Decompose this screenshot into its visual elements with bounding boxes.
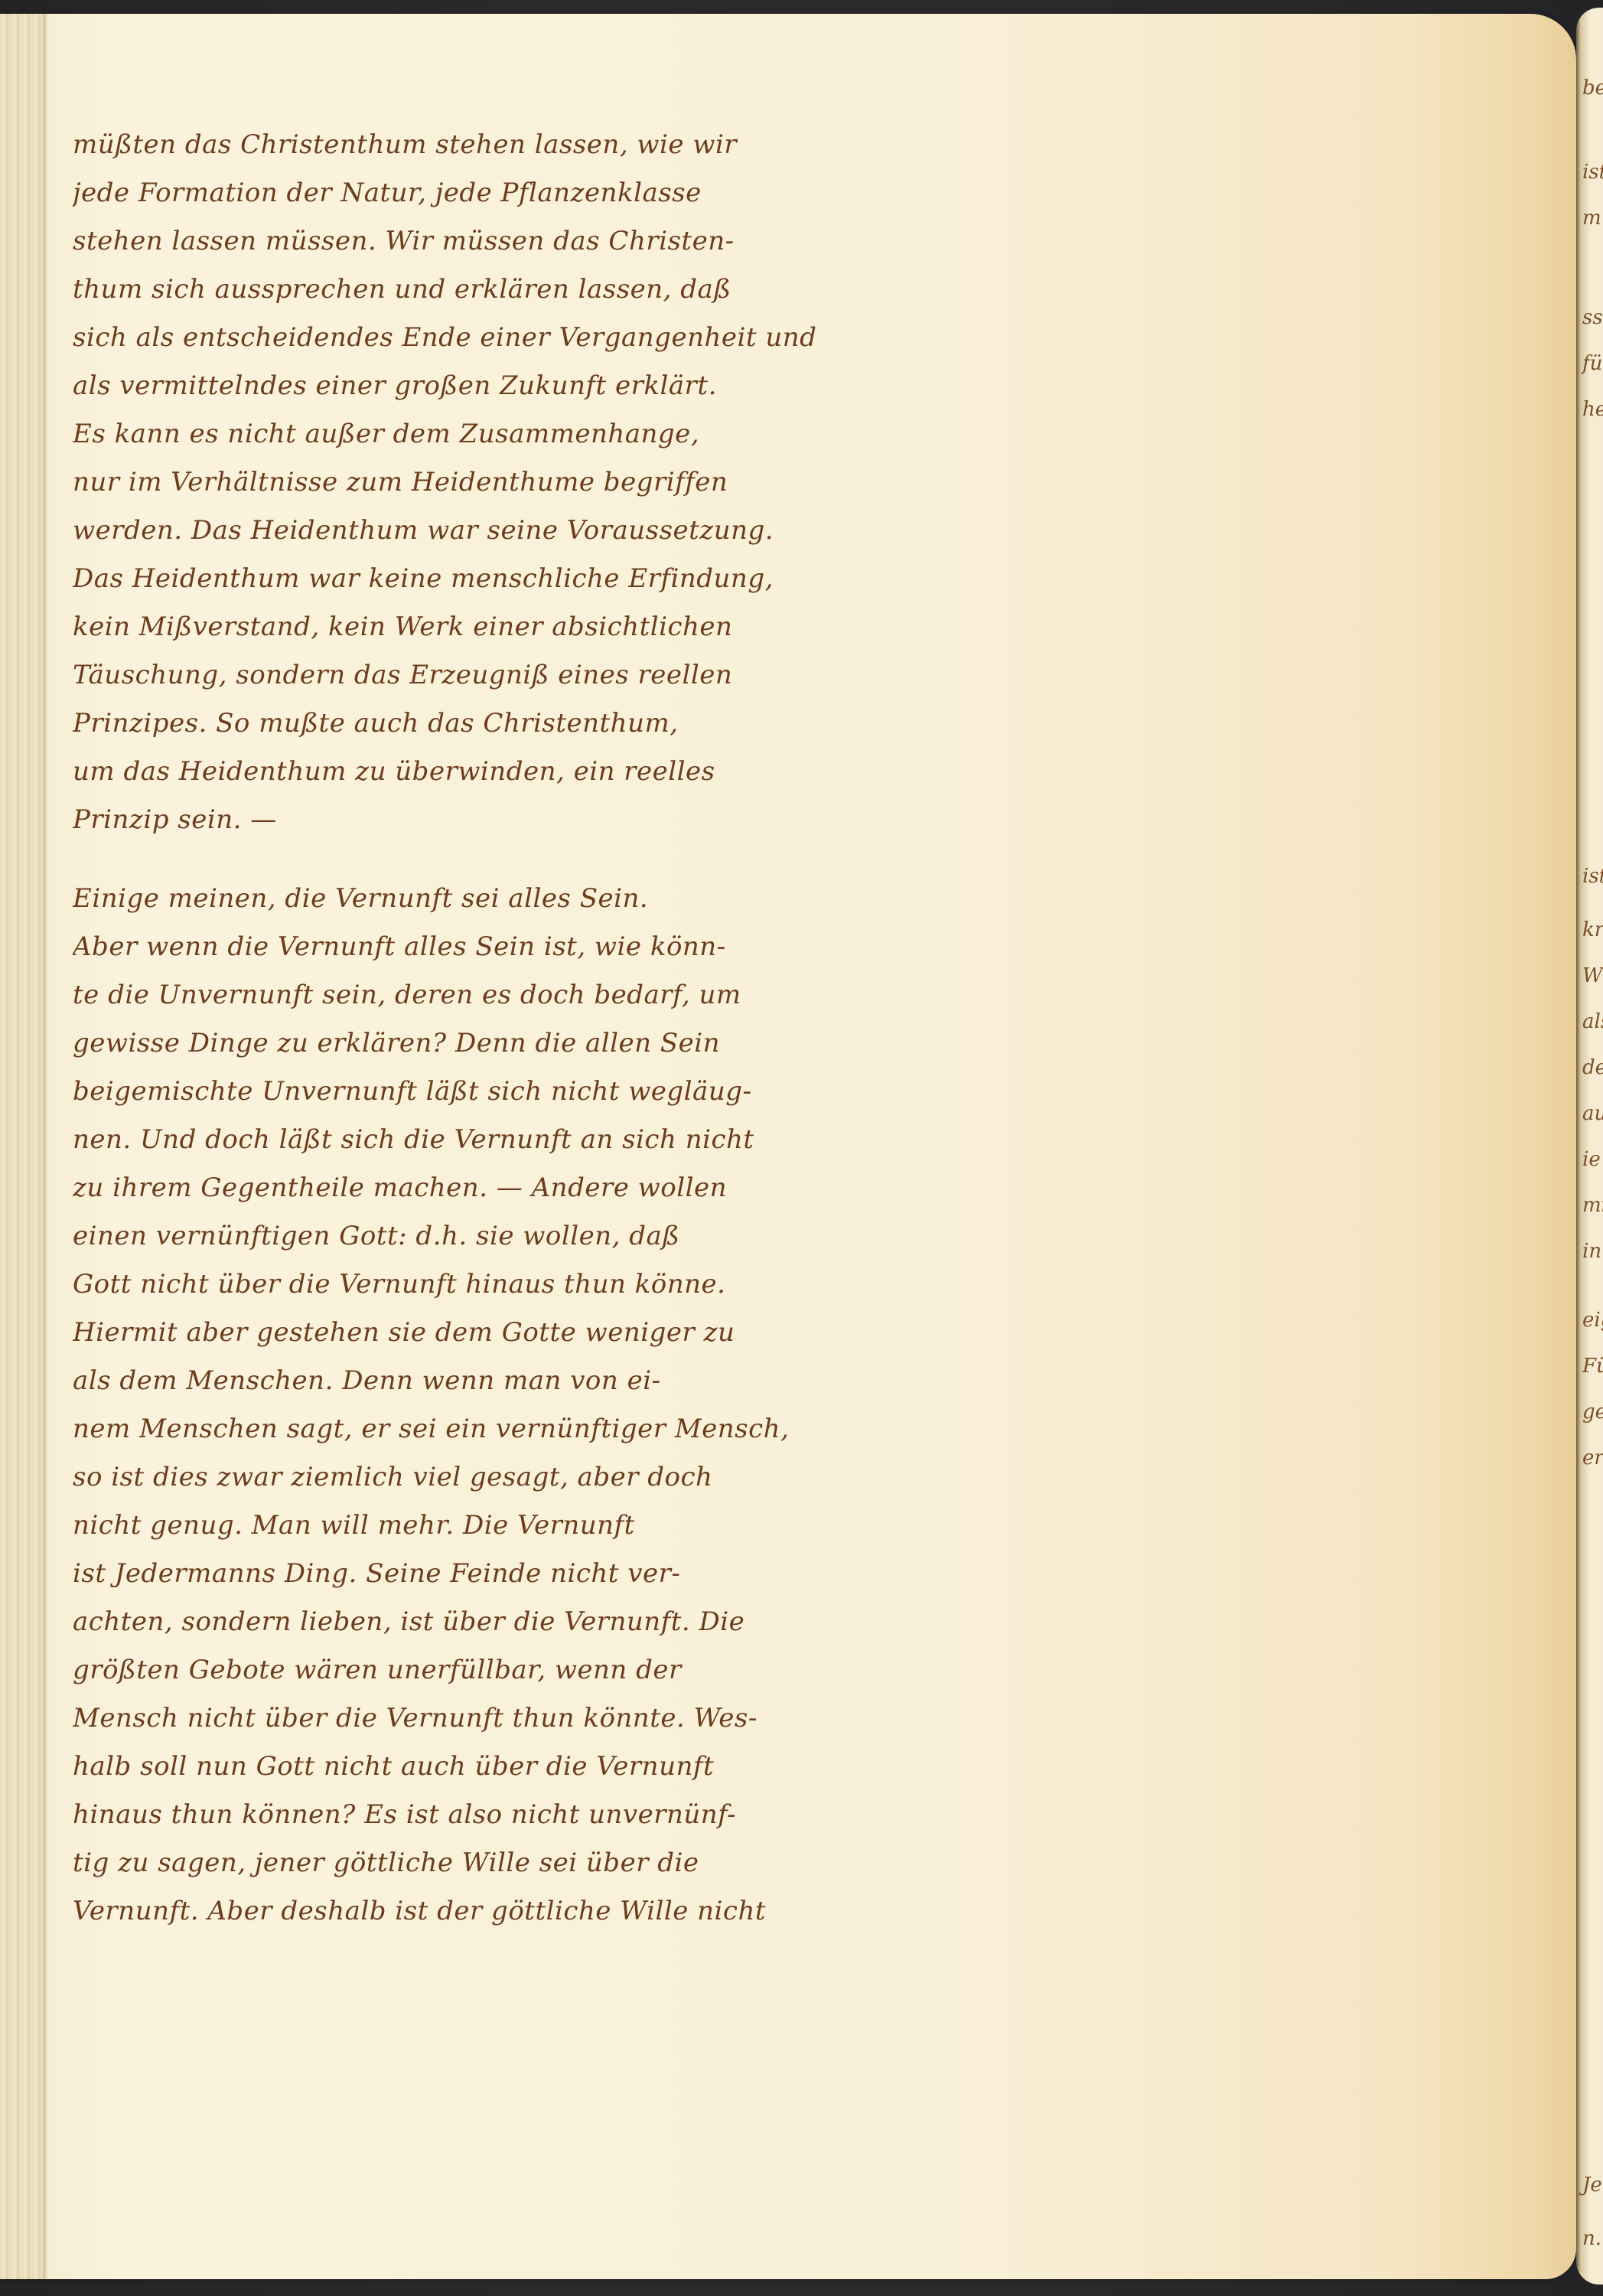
- adjacent-text-fragment: her l: [1582, 398, 1603, 421]
- adjacent-text-fragment: des Geist: [1582, 1056, 1603, 1079]
- manuscript-page: müßten das Christenthum stehen lassen, w…: [0, 14, 1576, 2279]
- text-line: Vernunft. Aber deshalb ist der göttliche…: [73, 1887, 930, 1936]
- text-line: halb soll nun Gott nicht auch über die V…: [73, 1743, 930, 1791]
- binding-shadow: [43, 14, 49, 2279]
- text-line: beigemischte Unvernunft läßt sich nicht …: [73, 1068, 930, 1116]
- text-line: Gott nicht über die Vernunft hinaus thun…: [73, 1261, 930, 1309]
- text-line: kein Mißverstand, kein Werk einer absich…: [73, 603, 930, 651]
- adjacent-text-fragment: Je näh: [1582, 2174, 1603, 2197]
- adjacent-text-fragment: ist Gyr: [1582, 865, 1603, 888]
- text-line: zu ihrem Gegentheile machen. — Andere wo…: [73, 1164, 930, 1212]
- text-line: werden. Das Heidenthum war seine Vorauss…: [73, 507, 930, 555]
- paragraph-gap: [73, 844, 930, 875]
- adjacent-text-fragment: führ: [1582, 352, 1603, 375]
- page-binding-edge: [0, 14, 46, 2279]
- text-line: achten, sondern lieben, ist über die Ver…: [73, 1598, 930, 1646]
- text-line: als dem Menschen. Denn wenn man von ei-: [73, 1357, 930, 1405]
- adjacent-text-fragment: aus d: [1582, 1102, 1603, 1125]
- adjacent-text-fragment: m All.: [1582, 207, 1603, 230]
- adjacent-text-fragment: ist gü: [1582, 161, 1603, 184]
- text-line: jede Formation der Natur, jede Pflanzenk…: [73, 169, 930, 217]
- adjacent-text-fragment: gen d: [1582, 1401, 1603, 1424]
- adjacent-text-fragment: er Form: [1582, 1446, 1603, 1469]
- text-line: Aber wenn die Vernunft alles Sein ist, w…: [73, 923, 930, 971]
- text-line: Mensch nicht über die Vernunft thun könn…: [73, 1694, 930, 1743]
- text-line: nicht genug. Man will mehr. Die Vernunft: [73, 1502, 930, 1550]
- text-line: sich als entscheidendes Ende einer Verga…: [73, 314, 930, 362]
- adjacent-page-edge: begriffe ist gü m All. ssen, m führ her …: [1576, 8, 1603, 2285]
- text-line: Das Heidenthum war keine menschliche Erf…: [73, 555, 930, 603]
- text-line: nur im Verhältnisse zum Heidenthume begr…: [73, 458, 930, 507]
- text-line: nen. Und doch läßt sich die Vernunft an …: [73, 1116, 930, 1164]
- adjacent-text-fragment: ssen, m: [1582, 306, 1603, 329]
- text-line: te die Unvernunft sein, deren es doch be…: [73, 971, 930, 1019]
- text-line: als vermittelndes einer großen Zukunft e…: [73, 362, 930, 410]
- text-line: thum sich aussprechen und erklären lasse…: [73, 266, 930, 314]
- adjacent-text-fragment: ie Inhal: [1582, 1148, 1603, 1171]
- text-line: hinaus thun können? Es ist also nicht un…: [73, 1791, 930, 1839]
- text-line: so ist dies zwar ziemlich viel gesagt, a…: [73, 1453, 930, 1502]
- text-line: tig zu sagen, jener göttliche Wille sei …: [73, 1839, 930, 1887]
- text-line: einen vernünftigen Gott: d.h. sie wollen…: [73, 1212, 930, 1261]
- adjacent-text-fragment: mischte d: [1582, 1194, 1603, 1217]
- adjacent-text-fragment: Fülle: [1582, 1355, 1603, 1378]
- text-line: Es kann es nicht außer dem Zusammenhange…: [73, 410, 930, 458]
- adjacent-text-fragment: als ihn: [1582, 1010, 1603, 1033]
- text-line: Prinzip sein. —: [73, 796, 930, 844]
- text-line: stehen lassen müssen. Wir müssen das Chr…: [73, 217, 930, 266]
- manuscript-text: müßten das Christenthum stehen lassen, w…: [73, 121, 930, 1936]
- text-line: nem Menschen sagt, er sei ein vernünftig…: [73, 1405, 930, 1453]
- text-line: müßten das Christenthum stehen lassen, w…: [73, 121, 930, 169]
- adjacent-text-fragment: n. So: [1582, 2227, 1603, 2250]
- text-line: Täuschung, sondern das Erzeugniß eines r…: [73, 651, 930, 700]
- adjacent-text-fragment: kraft: [1582, 918, 1603, 941]
- text-line: um das Heidenthum zu überwinden, ein ree…: [73, 748, 930, 796]
- text-line: Prinzipes. So mußte auch das Christenthu…: [73, 700, 930, 748]
- text-line: Einige meinen, die Vernunft sei alles Se…: [73, 875, 930, 923]
- text-line: ist Jedermanns Ding. Seine Feinde nicht …: [73, 1550, 930, 1598]
- text-line: gewisse Dinge zu erklären? Denn die alle…: [73, 1019, 930, 1068]
- adjacent-text-fragment: in Form: [1582, 1240, 1603, 1263]
- text-line: größten Gebote wären unerfüllbar, wenn d…: [73, 1646, 930, 1694]
- adjacent-text-fragment: Widersp: [1582, 964, 1603, 987]
- adjacent-text-fragment: begriffe: [1582, 77, 1603, 99]
- text-line: Hiermit aber gestehen sie dem Gotte weni…: [73, 1309, 930, 1357]
- adjacent-text-fragment: eigenschaft: [1582, 1309, 1603, 1332]
